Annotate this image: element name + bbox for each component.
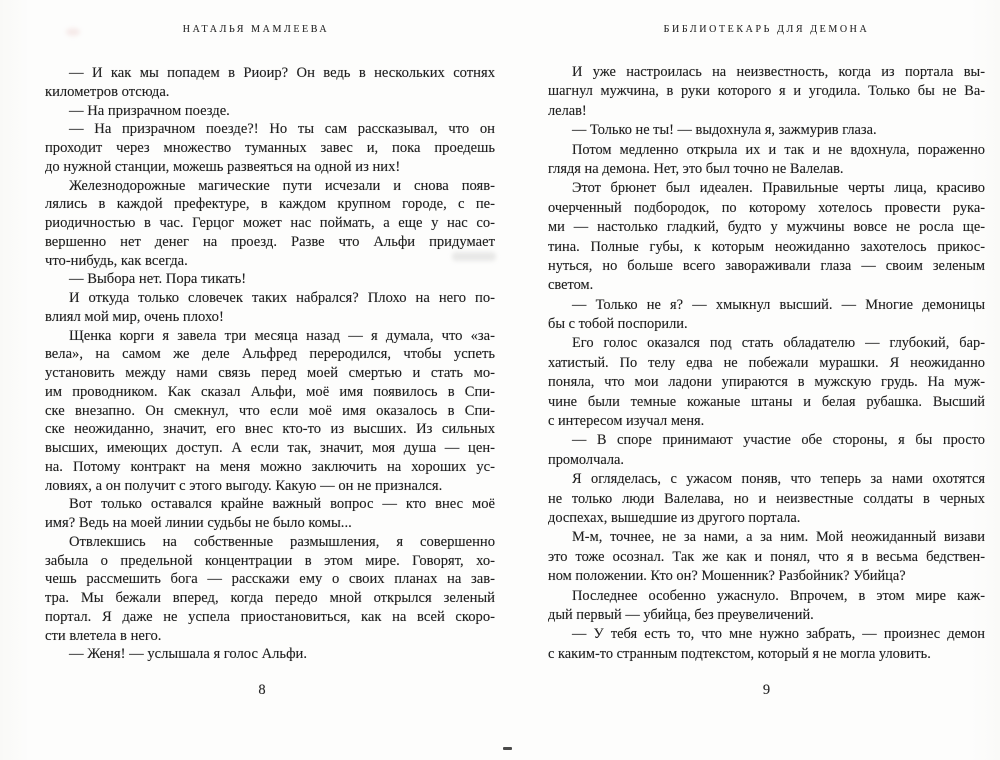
text-line: на. Потому контракт на меня можно заключ…: [45, 458, 495, 477]
text-line: лялись в каждой префектуре, в каждом кру…: [45, 195, 495, 214]
book-spread: НАТАЛЬЯ МАМЛЕЕВА — И как мы попадем в Ри…: [0, 0, 1000, 760]
scan-dash-artifact: [503, 747, 512, 750]
scan-dot-artifact: [66, 28, 80, 36]
page-text-left: — И как мы попадем в Риоир? Он ведь в не…: [45, 64, 495, 664]
text-line: имя? Ведь на моей линии судьбы не было к…: [45, 514, 495, 533]
text-line: — Женя! — услышала я голос Альфи.: [45, 645, 495, 664]
text-line: шагнул мужчина, в руки которого я и угод…: [548, 82, 985, 101]
text-line: бы с тобой поспорили.: [548, 315, 985, 334]
text-line: Его голос оказался под стать обладателю …: [548, 334, 985, 353]
text-line: глядя на демона. Нет, это был точно не В…: [548, 160, 985, 179]
text-line: — У тебя есть то, что мне нужно забрать,…: [548, 625, 985, 644]
page-left: НАТАЛЬЯ МАМЛЕЕВА — И как мы попадем в Ри…: [45, 0, 495, 760]
text-line: с интересом изучал меня.: [548, 412, 985, 431]
text-line: поняла, что мои ладони упираются в мужск…: [548, 373, 985, 392]
text-line: Этот брюнет был идеален. Правильные черт…: [548, 179, 985, 198]
text-line: вела», на самом же деле Альфред перероди…: [45, 345, 495, 364]
text-line: — На призрачном поезде?! Но ты сам расск…: [45, 120, 495, 139]
text-line: километров отсюда.: [45, 83, 495, 102]
text-line: лелав!: [548, 102, 985, 121]
text-line: светом.: [548, 276, 985, 295]
text-line: не только люди Валелава, но и неизвестны…: [548, 490, 985, 509]
text-line: Потом медленно открыла их и так и не вдо…: [548, 141, 985, 160]
text-line: тра. Мы бежали вперед, когда передо мной…: [45, 589, 495, 608]
text-line: забыла о предельной концентрации в этом …: [45, 552, 495, 571]
text-line: Последнее особенно ужаснуло. Впрочем, в …: [548, 587, 985, 606]
page-text-right: И уже настроилась на неизвестность, когд…: [548, 63, 985, 664]
text-line: портал. Я даже не успела приостановиться…: [45, 608, 495, 627]
text-line: Щенка корги я завела три месяца назад — …: [45, 327, 495, 346]
page-right: БИБЛИОТЕКАРЬ ДЛЯ ДЕМОНА И уже настроилас…: [548, 0, 985, 760]
text-line: И откуда только словечек таких набрался?…: [45, 289, 495, 308]
text-line: М-м, точнее, не за нами, а за ним. Мой н…: [548, 528, 985, 547]
text-line: Вот только оставался крайне важный вопро…: [45, 495, 495, 514]
page-number-left: 8: [37, 682, 487, 699]
text-line: установить между нами связь перед моей с…: [45, 364, 495, 383]
text-line: — Только не я? — хмыкнул высший. — Многи…: [548, 296, 985, 315]
running-header-title: БИБЛИОТЕКАРЬ ДЛЯ ДЕМОНА: [548, 24, 985, 35]
text-line: ном положении. Кто он? Мошенник? Разбойн…: [548, 567, 985, 586]
text-line: чине были темные кожаные штаны и белая р…: [548, 393, 985, 412]
text-line: с каким-то странным подтекстом, который …: [548, 645, 985, 664]
text-line: ске неожиданно, значит, его внес кто-то …: [45, 420, 495, 439]
text-line: проходит через множество туманных завес …: [45, 139, 495, 158]
text-line: промолчала.: [548, 451, 985, 470]
text-line: — На призрачном поезде.: [45, 102, 495, 121]
text-line: ске внезапно. Он смекнул, что если моё и…: [45, 402, 495, 421]
text-line: — И как мы попадем в Риоир? Он ведь в не…: [45, 64, 495, 83]
text-line: очерченный подбородок, по которому хотел…: [548, 199, 985, 218]
text-line: тина. Полные губы, к которым неожиданно …: [548, 238, 985, 257]
text-line: риодичностью в час. Герцог может нас пой…: [45, 214, 495, 233]
text-line: влиял мой мир, очень плохо!: [45, 308, 495, 327]
scan-smudge-artifact: [452, 252, 496, 261]
text-line: сти влетела в него.: [45, 627, 495, 646]
text-line: — В споре принимают участие обе стороны,…: [548, 431, 985, 450]
text-line: им проводником. Как сказал Альфи, моё им…: [45, 383, 495, 402]
text-line: И уже настроилась на неизвестность, когд…: [548, 63, 985, 82]
text-line: Отвлекшись на собственные размышления, я…: [45, 533, 495, 552]
text-line: доспехах, вышедшие из другого портала.: [548, 509, 985, 528]
text-line: — Выбора нет. Пора тикать!: [45, 270, 495, 289]
text-line: ми — настолько гладкий, будто у мужчины …: [548, 218, 985, 237]
text-line: чешь рассмешить бога — расскажи ему о св…: [45, 570, 495, 589]
text-line: нуться, но больше всего завораживали гла…: [548, 257, 985, 276]
text-line: вершенно нет денег на проезд. Разве что …: [45, 233, 495, 252]
text-line: дый первый — убийца, без преувеличений.: [548, 606, 985, 625]
text-line: это тоже осознал. Так же как и понял, чт…: [548, 548, 985, 567]
text-line: что-нибудь, как всегда.: [45, 252, 495, 271]
page-number-right: 9: [548, 682, 985, 699]
text-line: высших, имеющих доступ. А если так, знач…: [45, 439, 495, 458]
text-line: хатистый. По телу едва не побежали мураш…: [548, 354, 985, 373]
text-line: до нужной станции, можешь развеяться на …: [45, 158, 495, 177]
text-line: ловиях, а он получит с этого выгоду. Как…: [45, 477, 495, 496]
running-header-author: НАТАЛЬЯ МАМЛЕЕВА: [31, 24, 481, 35]
text-line: — Только не ты! — выдохнула я, зажмурив …: [548, 121, 985, 140]
text-line: Я огляделась, с ужасом поняв, что теперь…: [548, 470, 985, 489]
text-line: Железнодорожные магические пути исчезали…: [45, 177, 495, 196]
